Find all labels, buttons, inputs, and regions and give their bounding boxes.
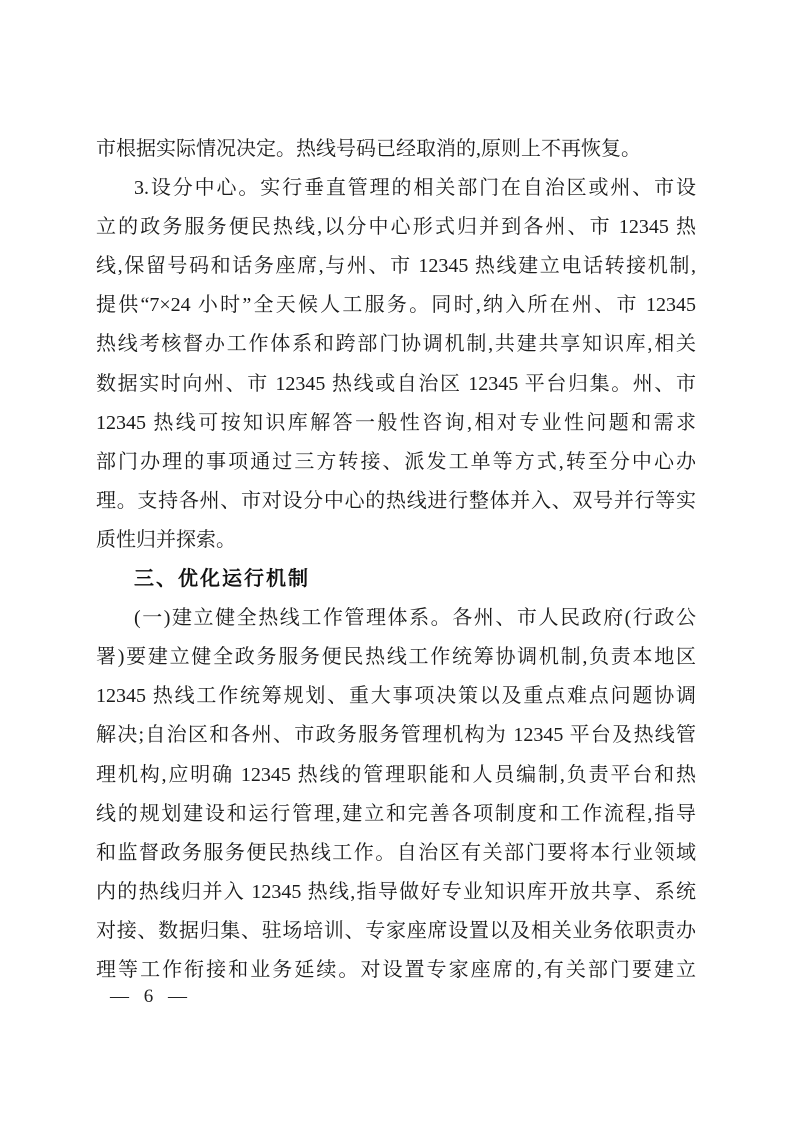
para3-line-8: 内的热线归并入 12345 热线,指导做好专业知识库开放共享、系统 [96,873,696,912]
para2-line-9: 理。支持各州、市对设分中心的热线进行整体并入、双号并行等实 [96,482,696,521]
para2-line-10: 质性归并探索。 [96,521,696,560]
para2-line-1: 3.设分中心。实行垂直管理的相关部门在自治区或州、市设 [96,169,696,208]
para2-line-8: 部门办理的事项通过三方转接、派发工单等方式,转至分中心办 [96,443,696,482]
para2-line-6: 数据实时向州、市 12345 热线或自治区 12345 平台归集。州、市 [96,365,696,404]
section-heading: 三、优化运行机制 [96,560,696,599]
para2-line-3: 线,保留号码和话务座席,与州、市 12345 热线建立电话转接机制, [96,247,696,286]
page-number: — 6 — [110,986,192,1008]
para3-line-1-rest: 各州、市人民政府(行政公 [452,607,696,629]
para3-line-9: 对接、数据归集、驻场培训、专家座席设置以及相关业务依职责办 [96,912,696,951]
para3-line-2: 署)要建立健全政务服务便民热线工作统筹协调机制,负责本地区 [96,638,696,677]
para3-line-6: 线的规划建设和运行管理,建立和完善各项制度和工作流程,指导 [96,795,696,834]
para3-lead-kai: (一)建立健全热线工作管理体系。 [134,607,452,629]
para2-line-2: 立的政务服务便民热线,以分中心形式归并到各州、市 12345 热 [96,208,696,247]
para3-line-10: 理等工作衔接和业务延续。对设置专家座席的,有关部门要建立 [96,951,696,990]
document-page: 市根据实际情况决定。热线号码已经取消的,原则上不再恢复。 3.设分中心。实行垂直… [0,0,793,1122]
para2-line-4: 提供“7×24 小时”全天候人工服务。同时,纳入所在州、市 12345 [96,286,696,325]
document-body: 市根据实际情况决定。热线号码已经取消的,原则上不再恢复。 3.设分中心。实行垂直… [96,130,696,990]
para3-line-5: 理机构,应明确 12345 热线的管理职能和人员编制,负责平台和热 [96,756,696,795]
para3-line-1: (一)建立健全热线工作管理体系。各州、市人民政府(行政公 [96,599,696,638]
para3-line-4: 解决;自治区和各州、市政务服务管理机构为 12345 平台及热线管 [96,716,696,755]
para3-line-7: 和监督政务服务便民热线工作。自治区有关部门要将本行业领域 [96,834,696,873]
para3-line-3: 12345 热线工作统筹规划、重大事项决策以及重点难点问题协调 [96,677,696,716]
para2-line-5: 热线考核督办工作体系和跨部门协调机制,共建共享知识库,相关 [96,325,696,364]
para2-line-7: 12345 热线可按知识库解答一般性咨询,相对专业性问题和需求 [96,404,696,443]
para1-line-1: 市根据实际情况决定。热线号码已经取消的,原则上不再恢复。 [96,130,696,169]
